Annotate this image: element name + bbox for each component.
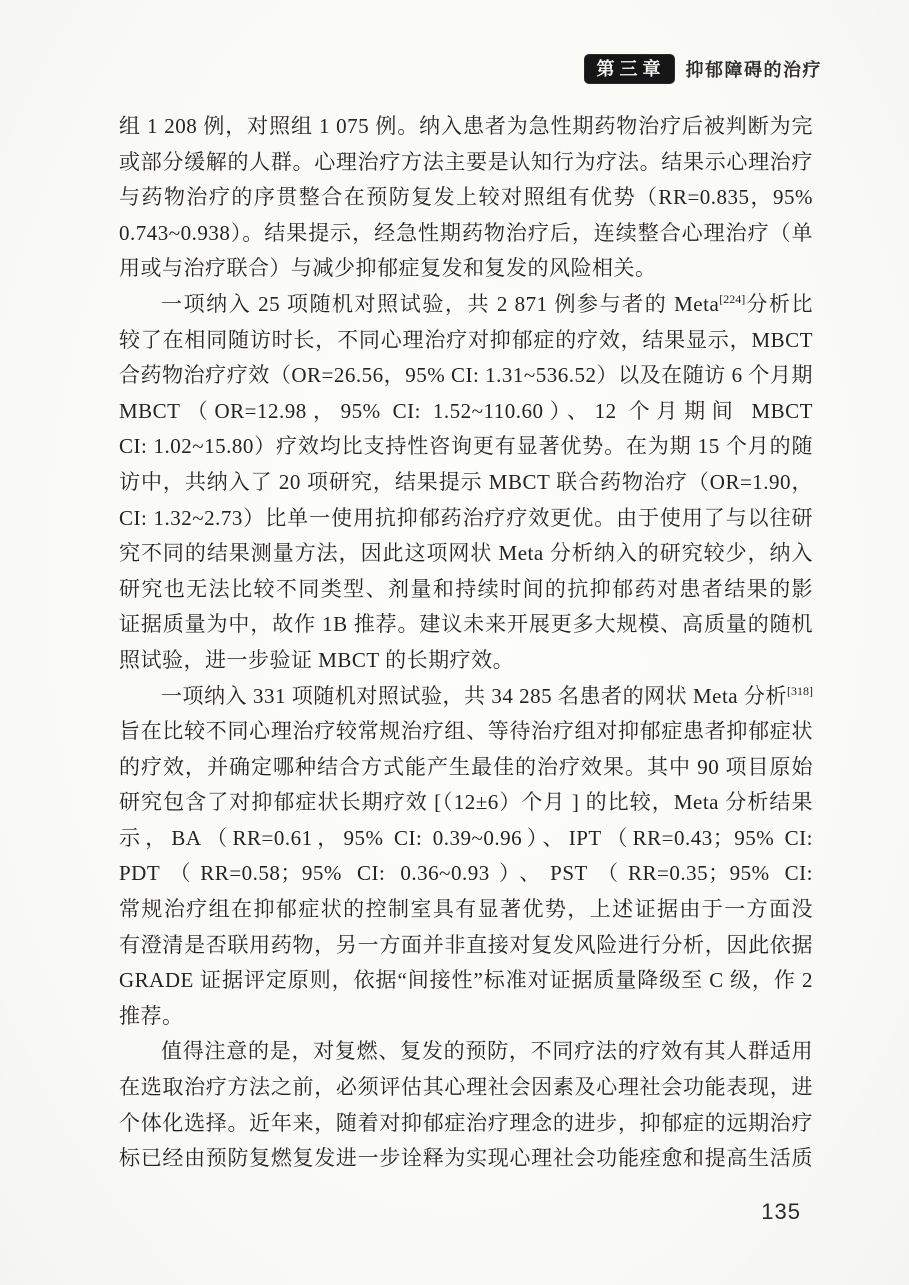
text-line: 照试验，进一步验证 MBCT 的长期疗效。 [119,643,813,679]
paragraph: 一项纳入 25 项随机对照试验，共 2 871 例参与者的 Meta[224]分… [119,287,813,679]
paragraph: 组 1 208 例，对照组 1 075 例。纳入患者为急性期药物治疗后被判断为完… [119,109,813,287]
citation-superscript: [224] [719,292,745,306]
text-line: 用或与治疗联合）与减少抑郁症复发和复发的风险相关。 [119,251,813,287]
text-line: CI: 1.02~15.80）疗效均比支持性咨询更有显著优势。在为期 15 个月… [119,429,813,465]
text-line: 旨在比较不同心理治疗较常规治疗组、等待治疗组对抑郁症患者抑郁症状 [119,714,813,750]
text-line: 证据质量为中，故作 1B 推荐。建议未来开展更多大规模、高质量的随机对 [119,607,813,643]
text-line: 有澄清是否联用药物，另一方面并非直接对复发风险进行分析，因此依据 [119,928,813,964]
text-line: 一项纳入 331 项随机对照试验，共 34 285 名患者的网状 Meta 分析… [119,679,813,715]
text-line: 或部分缓解的人群。心理治疗方法主要是认知行为疗法。结果示心理治疗 [119,145,813,181]
text-line: CI: 1.32~2.73）比单一使用抗抑郁药治疗疗效更优。由于使用了与以往研 [119,501,813,537]
paragraph: 一项纳入 331 项随机对照试验，共 34 285 名患者的网状 Meta 分析… [119,679,813,1035]
text-line: 一项纳入 25 项随机对照试验，共 2 871 例参与者的 Meta[224]分… [119,287,813,323]
text-line: 合药物治疗疗效（OR=26.56，95% CI: 1.31~536.52）以及在… [119,358,813,394]
text-line: 访中，共纳入了 20 项研究，结果提示 MBCT 联合药物治疗（OR=1.90，… [119,465,813,501]
citation-superscript: [318] [787,684,813,698]
text-line: PDT（RR=0.58；95% CI: 0.36~0.93）、PST（RR=0.… [119,856,813,892]
paragraph: 值得注意的是，对复燃、复发的预防，不同疗法的疗效有其人群适用性，在选取治疗方法之… [119,1034,813,1176]
text-line: 与药物治疗的序贯整合在预防复发上较对照组有优势（RR=0.835，95% CI: [119,180,813,216]
text-line: 值得注意的是，对复燃、复发的预防，不同疗法的疗效有其人群适用性， [119,1034,813,1070]
chapter-header: 第三章 抑郁障碍的治疗 [585,55,823,83]
text-line: 组 1 208 例，对照组 1 075 例。纳入患者为急性期药物治疗后被判断为完… [119,109,813,145]
text-line: GRADE 证据评定原则，依据“间接性”标准对证据质量降级至 C 级，作 2 级 [119,963,813,999]
chapter-title: 抑郁障碍的治疗 [686,56,823,82]
body-text: 组 1 208 例，对照组 1 075 例。纳入患者为急性期药物治疗后被判断为完… [119,109,813,1177]
chapter-number-badge: 第三章 [585,55,674,83]
text-line: 在选取治疗方法之前，必须评估其心理社会因素及心理社会功能表现，进行 [119,1070,813,1106]
text-line: 的疗效，并确定哪种结合方式能产生最佳的治疗效果。其中 90 项目原始 [119,750,813,786]
text-line: 常规治疗组在抑郁症状的控制室具有显著优势，上述证据由于一方面没 [119,892,813,928]
page-number: 135 [761,1199,801,1225]
text-line: 究不同的结果测量方法，因此这项网状 Meta 分析纳入的研究较少，纳入的 [119,536,813,572]
text-line: 0.743~0.938）。结果提示，经急性期药物治疗后，连续整合心理治疗（单独使 [119,216,813,252]
text-line: MBCT（OR=12.98，95% CI: 1.52~110.60）、12 个月… [119,394,813,430]
text-line: 研究也无法比较不同类型、剂量和持续时间的抗抑郁药对患者结果的影响， [119,572,813,608]
text-line: 标已经由预防复燃复发进一步诠释为实现心理社会功能痊愈和提高生活质 [119,1141,813,1177]
scanned-book-page: 第三章 抑郁障碍的治疗 组 1 208 例，对照组 1 075 例。纳入患者为急… [0,0,909,1285]
text-line: 较了在相同随访时长，不同心理治疗对抑郁症的疗效，结果显示，MBCT 联 [119,323,813,359]
text-line: 个体化选择。近年来，随着对抑郁症治疗理念的进步，抑郁症的远期治疗目 [119,1106,813,1142]
text-line: 示，BA（RR=0.61，95% CI: 0.39~0.96）、IPT（RR=0… [119,821,813,857]
text-line: 推荐。 [119,999,813,1035]
text-line: 研究包含了对抑郁症状长期疗效 [（12±6）个月 ] 的比较，Meta 分析结果… [119,785,813,821]
